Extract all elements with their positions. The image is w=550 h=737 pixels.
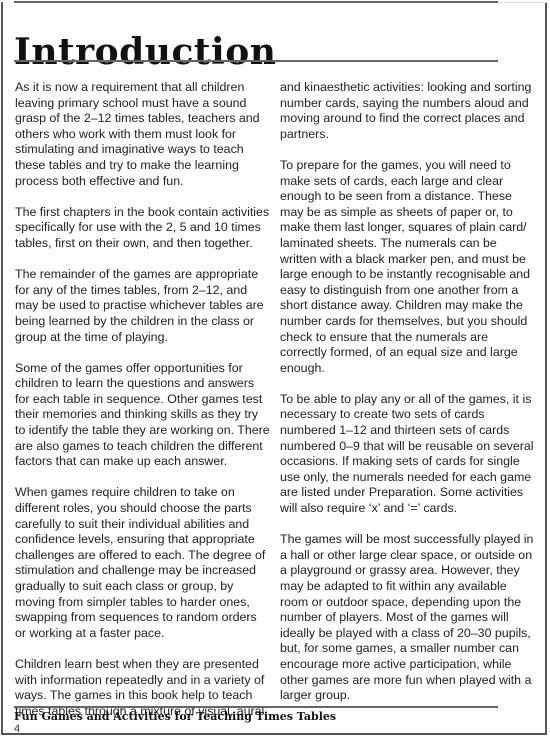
left-column: As it is now a requirement that all chil… <box>15 80 270 735</box>
footer-divider <box>14 706 498 708</box>
paragraph: The games will be most successfully play… <box>280 532 535 704</box>
paragraph: As it is now a requirement that all chil… <box>15 80 270 189</box>
right-column: and kinaesthetic activities: looking and… <box>280 80 535 719</box>
top-rule <box>14 1 498 3</box>
paragraph: To be able to play any or all of the gam… <box>280 392 535 517</box>
title-divider <box>14 60 498 62</box>
page-number: 4 <box>14 723 20 735</box>
paragraph: When games require children to take on d… <box>15 485 270 641</box>
paragraph: and kinaesthetic activities: looking and… <box>280 80 535 142</box>
top-rule-tail <box>498 2 548 3</box>
page-title: Introduction <box>14 34 276 70</box>
paragraph: The first chapters in the book contain a… <box>15 205 270 252</box>
footer-book-title: Fun Games and Activities for Teaching Ti… <box>14 710 336 723</box>
paragraph: Some of the games offer opportunities fo… <box>15 361 270 470</box>
paragraph: The remainder of the games are appropria… <box>15 267 270 345</box>
paragraph: To prepare for the games, you will need … <box>280 158 535 376</box>
